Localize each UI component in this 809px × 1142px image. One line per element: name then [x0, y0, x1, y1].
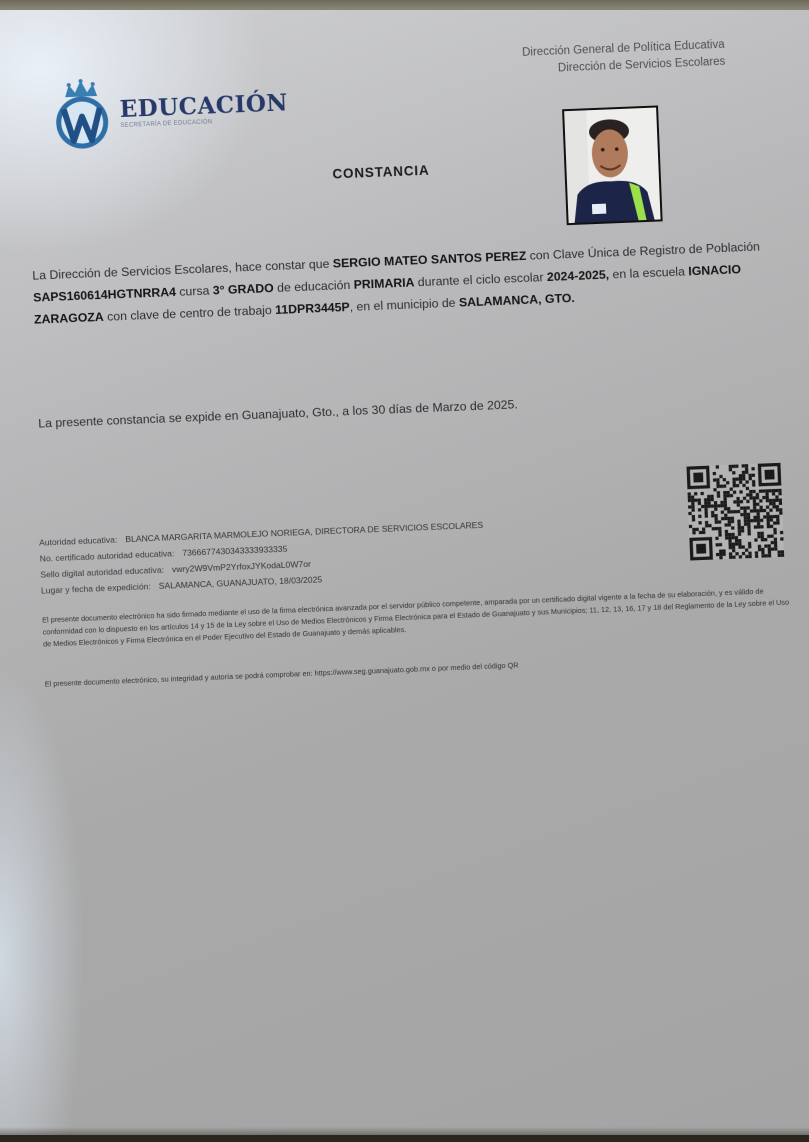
- body-municipality-intro: , en el municipio de: [349, 296, 459, 314]
- student-curp: SAPS160614HGTNRRA4: [33, 285, 176, 305]
- qr-code-icon: [687, 463, 785, 561]
- certification-paragraph: La Dirección de Servicios Escolares, hac…: [32, 235, 764, 330]
- body-curp-intro: con Clave Única de Registro de Población: [526, 239, 760, 262]
- school-cycle: 2024-2025,: [547, 268, 610, 284]
- document-title: CONSTANCIA: [332, 163, 430, 182]
- issued-statement: La presente constancia se expide en Guan…: [38, 397, 518, 430]
- body-cct-intro: con clave de centro de trabajo: [103, 303, 275, 324]
- body-grade-intro: cursa: [176, 283, 213, 298]
- constancia-document: EDUCACIÓN SECRETARÍA DE EDUCACIÓN Direcc…: [0, 0, 809, 726]
- student-name: SERGIO MATEO SANTOS PEREZ: [333, 249, 527, 271]
- department-header: Dirección General de Política Educativa …: [522, 37, 726, 79]
- education-logo: EDUCACIÓN SECRETARÍA DE EDUCACIÓN: [46, 70, 289, 152]
- student-grade: 3° GRADO: [213, 281, 274, 297]
- legal-paragraph: El presente documento electrónico ha sid…: [42, 584, 798, 650]
- school-cct: 11DPR3445P: [275, 300, 350, 317]
- body-cycle-intro: durante el ciclo escolar: [414, 270, 547, 289]
- crowned-w-emblem-icon: [46, 77, 117, 152]
- body-level-intro: de educación: [273, 278, 353, 295]
- signature-block: Autoridad educativa:BLANCA MARGARITA MAR…: [39, 517, 486, 599]
- photo-scene: EDUCACIÓN SECRETARÍA DE EDUCACIÓN Direcc…: [0, 0, 809, 1142]
- education-level: PRIMARIA: [353, 275, 414, 291]
- paper-sheet: EDUCACIÓN SECRETARÍA DE EDUCACIÓN Direcc…: [0, 10, 809, 1135]
- municipality: SALAMANCA, GTO.: [459, 291, 575, 310]
- student-photo: [562, 105, 663, 225]
- body-school-intro: en la escuela: [609, 264, 689, 281]
- body-intro: La Dirección de Servicios Escolares, hac…: [32, 257, 333, 283]
- verification-note: El presente documento electrónico, su in…: [45, 649, 805, 688]
